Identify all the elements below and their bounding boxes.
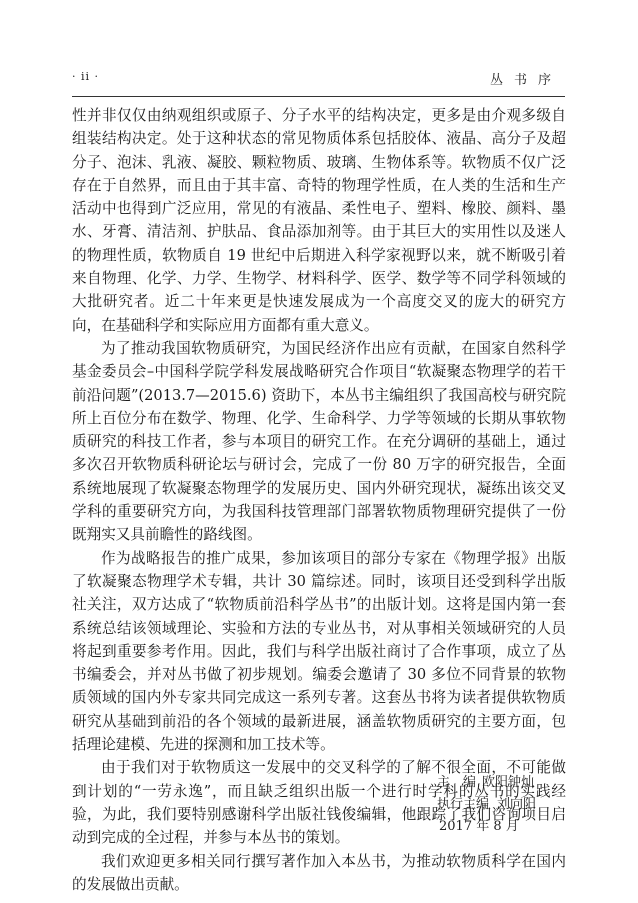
paragraph-3: 作为战略报告的推广成果，参加该项目的部分专家在《物理学报》出版了软凝聚态物理学术… [72,547,566,757]
chief-editor-name: 欧阳钟灿 [482,771,534,790]
page-number: · ii · [72,70,99,83]
paragraph-2: 为了推动我国软物质研究，为国民经济作出应有贡献，在国家自然科学基金委员会–中国科… [72,337,566,547]
executive-editor-role: 执行主编 [437,793,489,812]
page-header: · ii · 丛书序 [72,70,566,90]
running-title: 丛书序 [490,69,562,88]
paragraph-1: 性并非仅仅由纳观组织或原子、分子水平的结构决定，更多是由介观多级自组装结构决定。… [72,104,566,337]
paragraph-5: 我们欢迎更多相关同行撰写著作加入本丛书，为推动软物质科学在国内的发展做出贡献。 [72,850,566,897]
chief-editor-role: 主 编 [437,771,476,790]
header-rule [72,96,565,97]
executive-editor-name: 刘向阳 [497,793,536,812]
signature-date: 2017 年 8 月 [439,815,519,834]
